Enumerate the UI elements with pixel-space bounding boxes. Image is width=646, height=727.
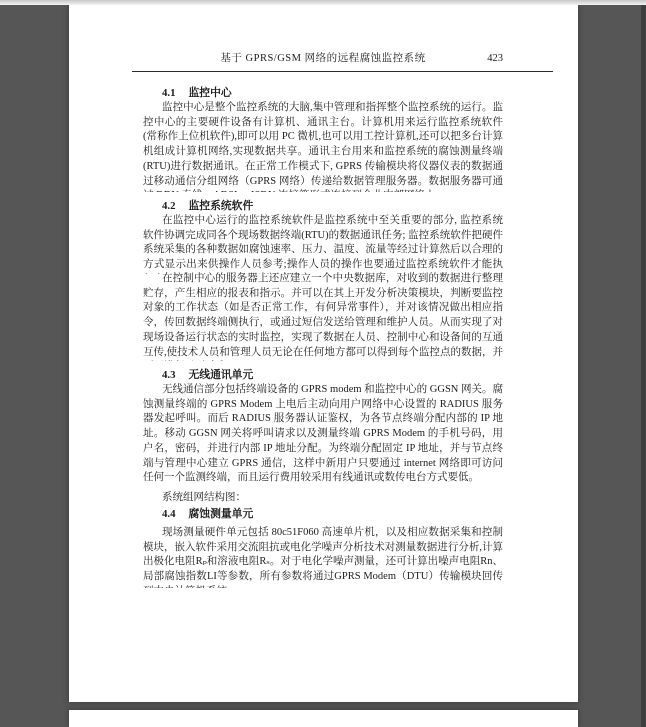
section-title: 无线通讯单元: [189, 368, 254, 383]
section-number: 4.1: [162, 86, 176, 101]
header-rule: [132, 71, 553, 72]
section-number: 4.2: [162, 199, 176, 214]
paragraph: 现场测量硬件单元包括 80c51F060 高速单片机，以及相应数据采集和控制模块…: [143, 526, 503, 588]
pdf-viewer-background: 基于 GPRS/GSM 网络的远程腐蚀监控系统 423 4.1 监控中心 监控中…: [0, 0, 646, 727]
paragraph: 无线通信部分包括终端设备的 GPRS modem 和监控中心的 GGSN 网关。…: [143, 383, 503, 489]
paragraph: 在控制中心的服务器上还应建立一个中央数据库，对收到的数据进行整理贮存，产生相应的…: [143, 272, 503, 361]
section-heading-4-2: 4.2 监控系统软件: [143, 199, 522, 214]
section-title: 监控系统软件: [189, 199, 254, 214]
toolbar-bottom-edge: [0, 0, 646, 5]
paragraph: 系统组网结构图：: [143, 491, 503, 507]
next-page-top-edge: [69, 710, 578, 727]
section-heading-4-4: 4.4 腐蚀测量单元: [143, 507, 522, 522]
document-page: 基于 GPRS/GSM 网络的远程腐蚀监控系统 423 4.1 监控中心 监控中…: [69, 5, 578, 702]
section-number: 4.3: [162, 368, 176, 383]
section-heading-4-1: 4.1 监控中心: [143, 86, 522, 101]
page-number: 423: [487, 51, 503, 66]
page-header: 基于 GPRS/GSM 网络的远程腐蚀监控系统 423: [143, 51, 503, 66]
section-title: 腐蚀测量单元: [189, 507, 254, 522]
section-heading-4-3: 4.3 无线通讯单元: [143, 368, 522, 383]
section-number: 4.4: [162, 507, 176, 522]
paragraph: 监控中心是整个监控系统的大脑,集中管理和指挥整个监控系统的运行。监控中心的主要硬…: [143, 101, 503, 192]
section-title: 监控中心: [189, 86, 232, 101]
paragraph: 在监控中心运行的监控系统软件是监控系统中至关重要的部分, 监控系统软件协调完成同…: [143, 214, 503, 274]
scrollbar-track[interactable]: [641, 0, 646, 727]
running-title: 基于 GPRS/GSM 网络的远程腐蚀监控系统: [143, 51, 503, 66]
